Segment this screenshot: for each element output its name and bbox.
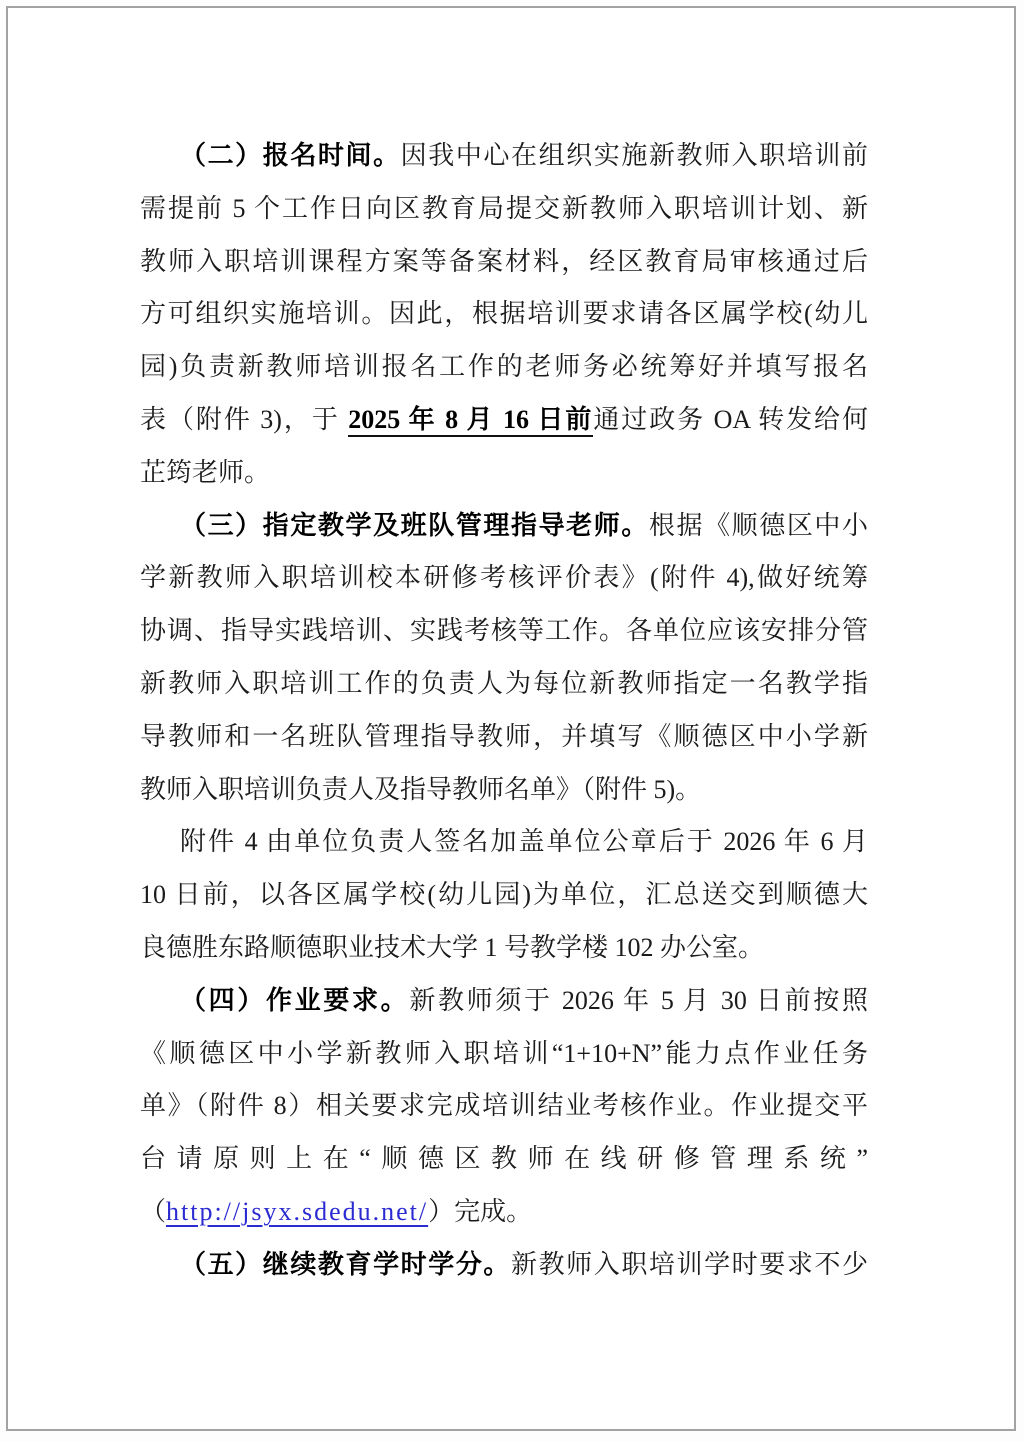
body-text: 表（附件 3)，于: [140, 405, 348, 434]
paragraph: （四）作业要求。新教师须于 2026 年 5 月 30 日前按照《顺德区中小学新…: [140, 975, 868, 1239]
body-text: 附件 4 由单位负责人签名加盖单位公章后于 2026 年 6 月: [180, 827, 868, 856]
text-line: 《顺德区中小学新教师入职培训“1+10+N”能力点作业任务: [140, 1028, 868, 1081]
heading-text: （二）报名时间。: [180, 141, 401, 170]
body-text: 需提前 5 个工作日向区教育局提交新教师入职培训计划、新: [140, 194, 868, 223]
body-text: 学新教师入职培训校本研修考核评价表》(附件 4),做好统筹: [140, 563, 868, 592]
text-line: 教师入职培训课程方案等备案材料，经区教育局审核通过后: [140, 236, 868, 289]
heading-text: 2025 年 8 月 16 日前: [348, 405, 593, 437]
text-line: （三）指定教学及班队管理指导老师。根据《顺德区中小: [140, 500, 868, 553]
text-line: （http://jsyx.sdedu.net/）完成。: [140, 1186, 868, 1239]
paragraph: （二）报名时间。因我中心在组织实施新教师入职培训前需提前 5 个工作日向区教育局…: [140, 130, 868, 500]
paragraph: （三）指定教学及班队管理指导老师。根据《顺德区中小学新教师入职培训校本研修考核评…: [140, 500, 868, 817]
document-body: （二）报名时间。因我中心在组织实施新教师入职培训前需提前 5 个工作日向区教育局…: [140, 130, 868, 1292]
body-text: 导教师和一名班队管理指导教师，并填写《顺德区中小学新: [140, 722, 868, 751]
paragraph: 附件 4 由单位负责人签名加盖单位公章后于 2026 年 6 月10 日前，以各…: [140, 816, 868, 974]
training-system-link[interactable]: http://jsyx.sdedu.net/: [166, 1197, 428, 1226]
text-line: 台请原则上在“顺德区教师在线研修管理系统”: [140, 1133, 868, 1186]
body-text: ）完成。: [428, 1197, 532, 1226]
heading-text: （三）指定教学及班队管理指导老师。: [180, 511, 649, 540]
body-text: 台请原则上在“顺德区教师在线研修管理系统”: [140, 1144, 868, 1173]
heading-text: （五）继续教育学时学分。: [180, 1250, 511, 1279]
text-line: 新教师入职培训工作的负责人为每位新教师指定一名教学指: [140, 658, 868, 711]
heading-text: （四）作业要求。: [180, 986, 409, 1015]
text-line: 表（附件 3)，于 2025 年 8 月 16 日前通过政务 OA 转发给何: [140, 394, 868, 447]
document-viewport: （二）报名时间。因我中心在组织实施新教师入职培训前需提前 5 个工作日向区教育局…: [0, 0, 1024, 1442]
text-line: （四）作业要求。新教师须于 2026 年 5 月 30 日前按照: [140, 975, 868, 1028]
body-text: 通过政务 OA 转发给何: [593, 405, 868, 434]
text-line: 园)负责新教师培训报名工作的老师务必统筹好并填写报名: [140, 341, 868, 394]
body-text: 芷筠老师。: [140, 458, 270, 487]
text-line: 芷筠老师。: [140, 447, 868, 500]
text-line: 学新教师入职培训校本研修考核评价表》(附件 4),做好统筹: [140, 552, 868, 605]
body-text: 单》（附件 8）相关要求完成培训结业考核作业。作业提交平: [140, 1091, 868, 1120]
body-text: 新教师须于 2026 年 5 月 30 日前按照: [409, 986, 868, 1015]
text-line: （五）继续教育学时学分。新教师入职培训学时要求不少: [140, 1239, 868, 1292]
body-text: 新教师入职培训工作的负责人为每位新教师指定一名教学指: [140, 669, 868, 698]
text-line: 方可组织实施培训。因此，根据培训要求请各区属学校(幼儿: [140, 288, 868, 341]
text-line: 附件 4 由单位负责人签名加盖单位公章后于 2026 年 6 月: [140, 816, 868, 869]
body-text: 教师入职培训负责人及指导教师名单》（附件 5)。: [140, 775, 701, 804]
paragraph: （五）继续教育学时学分。新教师入职培训学时要求不少: [140, 1239, 868, 1292]
body-text: 良德胜东路顺德职业技术大学 1 号教学楼 102 办公室。: [140, 933, 764, 962]
body-text: 因我中心在组织实施新教师入职培训前: [401, 141, 868, 170]
body-text: 协调、指导实践培训、实践考核等工作。各单位应该安排分管: [140, 616, 868, 645]
body-text: 方可组织实施培训。因此，根据培训要求请各区属学校(幼儿: [140, 299, 868, 328]
body-text: （: [140, 1197, 166, 1226]
body-text: 新教师入职培训学时要求不少: [511, 1250, 868, 1279]
body-text: 《顺德区中小学新教师入职培训“1+10+N”能力点作业任务: [140, 1039, 868, 1068]
body-text: 园)负责新教师培训报名工作的老师务必统筹好并填写报名: [140, 352, 868, 381]
text-line: 良德胜东路顺德职业技术大学 1 号教学楼 102 办公室。: [140, 922, 868, 975]
body-text: 根据《顺德区中小: [649, 511, 868, 540]
text-line: 单》（附件 8）相关要求完成培训结业考核作业。作业提交平: [140, 1080, 868, 1133]
body-text: 教师入职培训课程方案等备案材料，经区教育局审核通过后: [140, 247, 868, 276]
text-line: 导教师和一名班队管理指导教师，并填写《顺德区中小学新: [140, 711, 868, 764]
text-line: （二）报名时间。因我中心在组织实施新教师入职培训前: [140, 130, 868, 183]
body-text: 10 日前，以各区属学校(幼儿园)为单位，汇总送交到顺德大: [140, 880, 868, 909]
text-line: 教师入职培训负责人及指导教师名单》（附件 5)。: [140, 764, 868, 817]
text-line: 协调、指导实践培训、实践考核等工作。各单位应该安排分管: [140, 605, 868, 658]
text-line: 10 日前，以各区属学校(幼儿园)为单位，汇总送交到顺德大: [140, 869, 868, 922]
text-line: 需提前 5 个工作日向区教育局提交新教师入职培训计划、新: [140, 183, 868, 236]
